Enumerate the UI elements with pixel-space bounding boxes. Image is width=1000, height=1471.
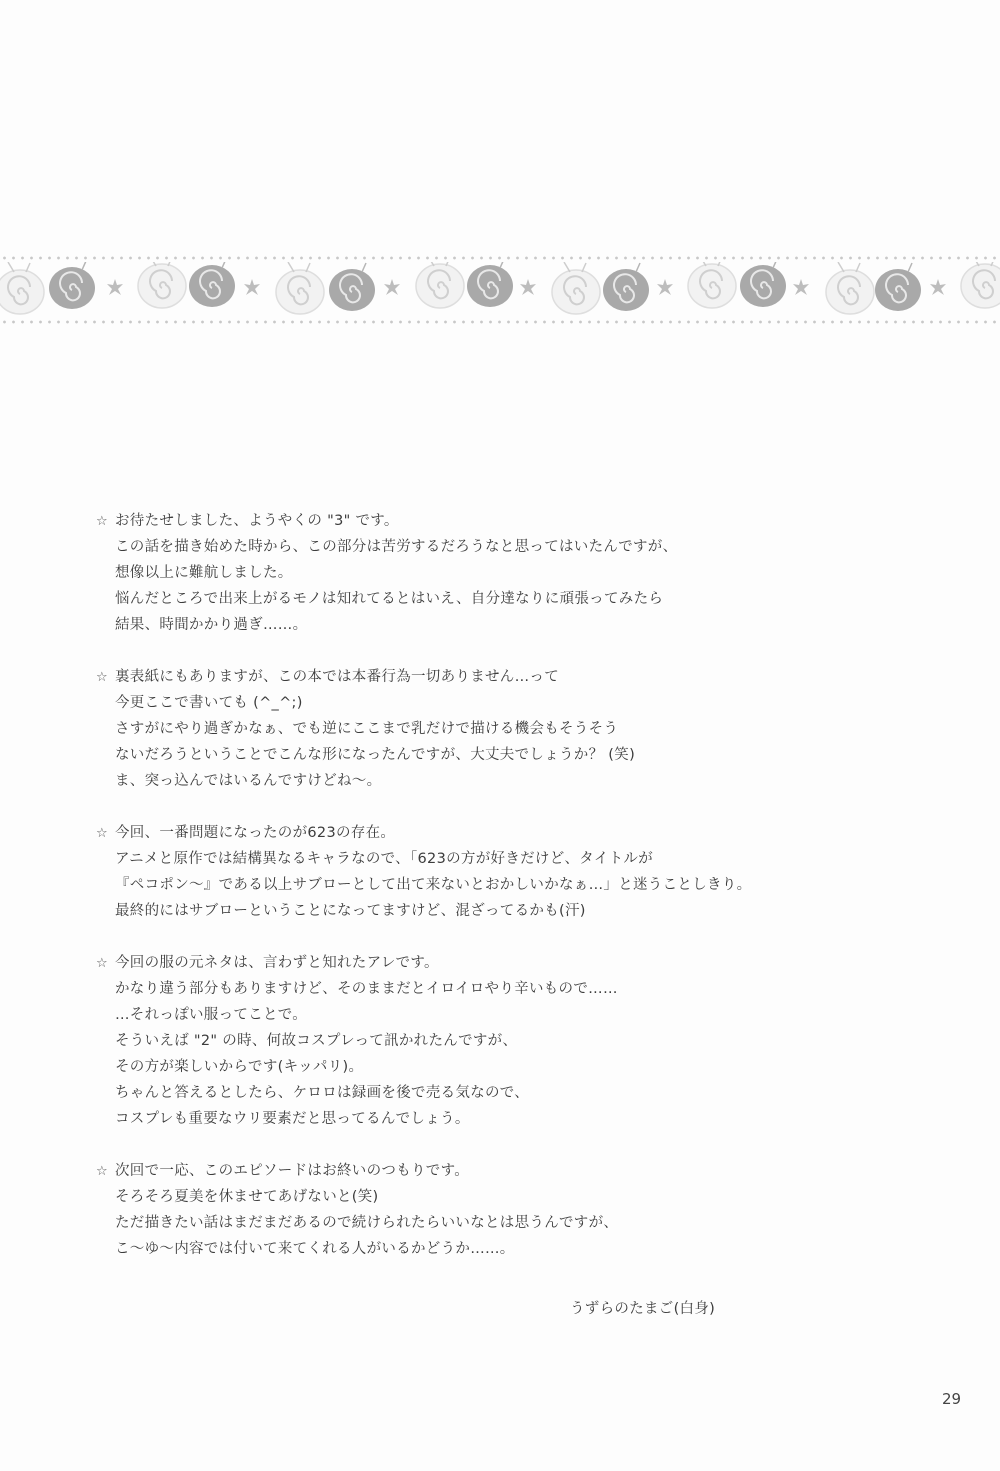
afterword-section: ☆次回で一応、このエピソードはお終いのつもりです。 そろそろ夏美を休ませてあげな… [96,1158,816,1262]
star-bullet-icon: ☆ [96,665,115,691]
star-bullet-icon: ☆ [96,821,115,847]
afterword-text: ☆お待たせしました、ようやくの "3" です。 この話を描き始めた時から、この部… [96,508,816,1288]
body-line: こ～ゆ～内容では付いて来てくれる人がいるかどうか……。 [96,1236,816,1262]
body-line: さすがにやり過ぎかなぁ、でも逆にここまで乳だけで描ける機会もそうそう [96,716,816,742]
body-line: 『ペコポン～』である以上サブローとして出て来ないとおかしいかなぁ…」と迷うことし… [96,872,816,898]
body-line: アニメと原作では結構異なるキャラなので、「623の方が好きだけど、タイトルが [96,846,816,872]
author-signature: うずらのたまご(白身) [570,1297,715,1318]
body-line: その方が楽しいからです(キッパリ)。 [96,1054,816,1080]
section-heading: 次回で一応、このエピソードはお終いのつもりです。 [115,1163,469,1179]
body-line: そういえば "2" の時、何故コスプレって訊かれたんですが、 [96,1028,816,1054]
section-heading: 今回の服の元ネタは、言わずと知れたアレです。 [115,955,439,971]
body-line: ま、突っ込んではいるんですけどね～。 [96,768,816,794]
body-line: 想像以上に難航しました。 [96,560,816,586]
section-heading: 今回、一番問題になったのが623の存在。 [115,825,395,841]
star-bullet-icon: ☆ [96,1159,115,1185]
section-heading: お待たせしました、ようやくの "3" です。 [115,513,399,529]
body-line: …それっぽい服ってことで。 [96,1002,816,1028]
snail-shell-motifs [0,262,1000,320]
body-line: 結果、時間かかり過ぎ……。 [96,612,816,638]
decorative-border [0,250,1000,330]
afterword-section: ☆今回、一番問題になったのが623の存在。 アニメと原作では結構異なるキャラなの… [96,820,816,924]
body-line: 悩んだところで出来上がるモノは知れてるとはいえ、自分達なりに頑張ってみたら [96,586,816,612]
body-line: ちゃんと答えるとしたら、ケロロは録画を後で売る気なので、 [96,1080,816,1106]
body-line: かなり違う部分もありますけど、そのままだとイロイロやり辛いもので…… [96,976,816,1002]
body-line: ないだろうということでこんな形になったんですが、大丈夫でしょうか？ (笑) [96,742,816,768]
star-bullet-icon: ☆ [96,509,115,535]
afterword-section: ☆お待たせしました、ようやくの "3" です。 この話を描き始めた時から、この部… [96,508,816,638]
afterword-section: ☆裏表紙にもありますが、この本では本番行為一切ありません…って 今更ここで書いて… [96,664,816,794]
section-heading: 裏表紙にもありますが、この本では本番行為一切ありません…って [115,669,559,685]
body-line: そろそろ夏美を休ませてあげないと(笑) [96,1184,816,1210]
body-line: 最終的にはサブローということになってますけど、混ざってるかも(汗) [96,898,816,924]
page-number: 29 [942,1390,961,1408]
body-line: 今更ここで書いても (^_^;) [96,690,816,716]
dotted-rule-top [0,256,1000,260]
dotted-rule-bottom [0,320,1000,324]
star-bullet-icon: ☆ [96,951,115,977]
afterword-section: ☆今回の服の元ネタは、言わずと知れたアレです。 かなり違う部分もありますけど、そ… [96,950,816,1132]
body-line: この話を描き始めた時から、この部分は苦労するだろうなと思ってはいたんですが、 [96,534,816,560]
body-line: ただ描きたい話はまだまだあるので続けられたらいいなとは思うんですが、 [96,1210,816,1236]
body-line: コスプレも重要なウリ要素だと思ってるんでしょう。 [96,1106,816,1132]
